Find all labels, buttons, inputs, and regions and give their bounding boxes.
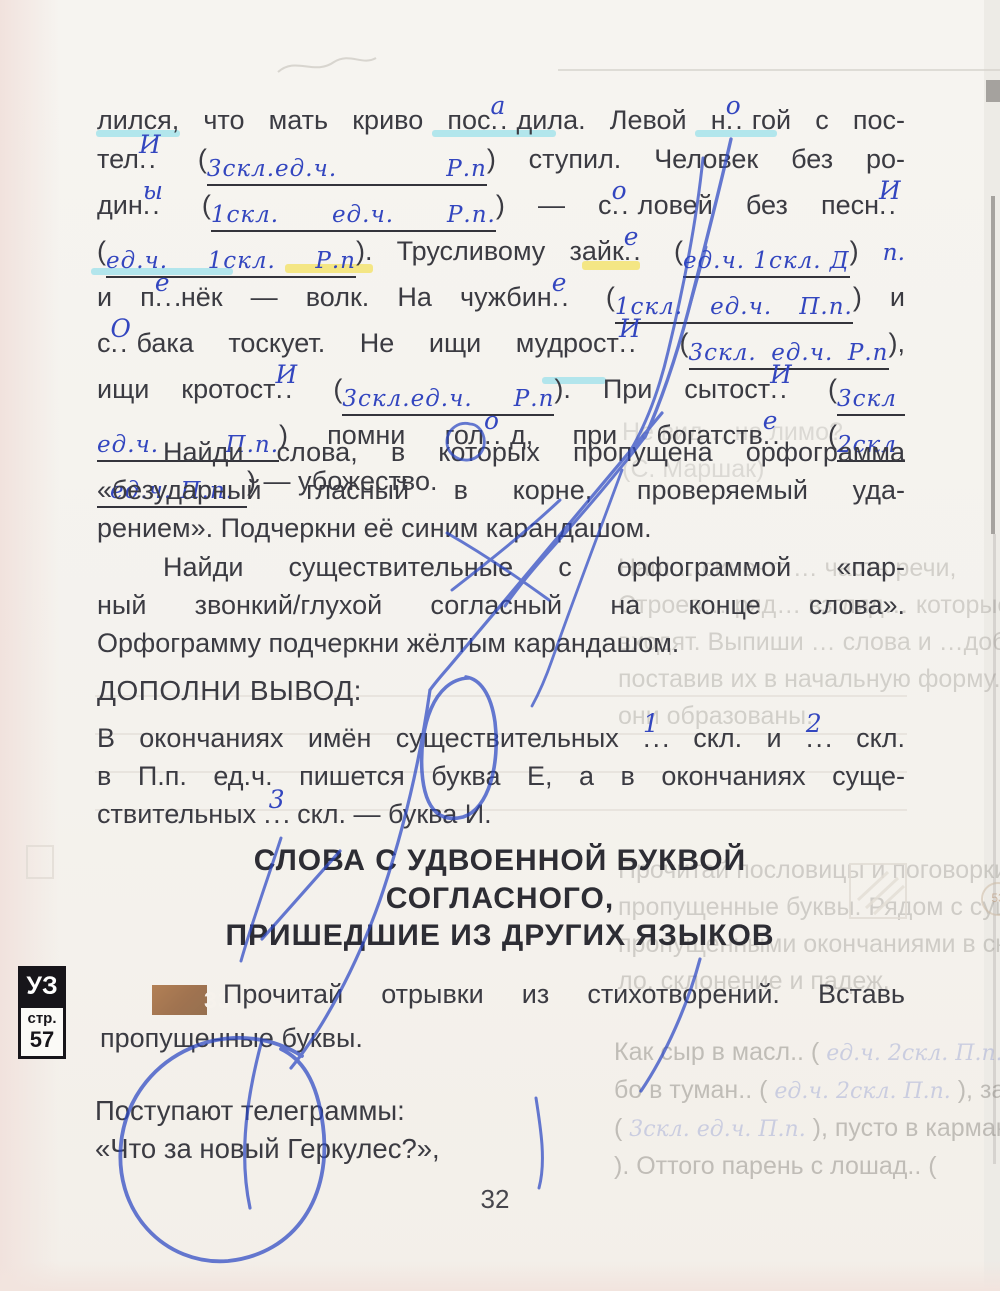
fill-in-blank: 3скл.ед.ч. Р.п bbox=[342, 380, 554, 416]
fill-in-blank: 3скл bbox=[837, 380, 905, 416]
text-line: Найди слова, в которых пропущена орфогра… bbox=[97, 433, 905, 471]
handwritten-letter-insert: ...3 bbox=[264, 795, 290, 833]
text-line: дин..ы (1скл. ед.ч. Р.п.) — с..оловей бе… bbox=[97, 186, 905, 232]
scan-edge-mark bbox=[986, 80, 1000, 102]
handwritten-letter-insert: ..е bbox=[552, 278, 578, 317]
fill-in-blank: 3скл.ед.ч. Р.п bbox=[207, 150, 487, 186]
sidebar-marker-pagenum: 57 bbox=[21, 1027, 63, 1053]
handwritten-letter-insert: ..е bbox=[624, 232, 650, 271]
fill-in-blank: ед.ч. 1скл. Д bbox=[683, 242, 850, 278]
page-edge-tint-bottom bbox=[0, 1257, 1000, 1291]
sidebar-marker-bottom: стр. 57 bbox=[18, 1008, 66, 1059]
text-line: Поступают телеграммы: bbox=[95, 1092, 795, 1130]
conclusion-section: ДОПОЛНИ ВЫВОД: В окончаниях имён существ… bbox=[97, 672, 905, 833]
text-line: Найди существительные с орфограммой «пар… bbox=[97, 548, 905, 586]
sidebar-marker-top: УЗ bbox=[18, 966, 66, 1008]
text-line: лился, что мать криво пос..адила. Левой … bbox=[97, 101, 905, 140]
text-line: СЛОВА С УДВОЕННОЙ БУКВОЙ bbox=[130, 842, 870, 880]
text-line: СОГЛАСНОГО, bbox=[130, 880, 870, 918]
page-number: 32 bbox=[455, 1184, 535, 1215]
handwritten-letter-insert: ..а bbox=[491, 101, 517, 140]
text-line: тел..И (3скл.ед.ч. Р.п) ступил. Человек … bbox=[97, 140, 905, 186]
text-line: рением». Подчеркни её синим карандашом. bbox=[97, 509, 905, 547]
handwritten-letter-insert: ...1 bbox=[643, 719, 669, 757]
fill-in-blank: ед.ч. 1скл. Р.п bbox=[106, 242, 356, 278]
section-heading: СЛОВА С УДВОЕННОЙ БУКВОЙСОГЛАСНОГО,ПРИШЕ… bbox=[130, 842, 870, 955]
fill-in-blank: 1скл. ед.ч. Р.п. bbox=[211, 196, 496, 232]
handwritten-letter-insert: ...2 bbox=[806, 719, 832, 757]
handwritten-letter-insert: ..И bbox=[619, 324, 645, 363]
fill-in-blank: 1скл. ед.ч. П.п. bbox=[615, 288, 853, 324]
text-line: 33Прочитай отрывки из стихотворений. Вст… bbox=[100, 972, 905, 1016]
handwritten-letter-insert: ..ы bbox=[143, 186, 169, 225]
conclusion-title: ДОПОЛНИ ВЫВОД: bbox=[97, 672, 905, 710]
text-line: ствительных ...3 скл. — буква И. bbox=[97, 795, 905, 833]
text-line: и п...енёк — волк. На чужбин..е (1скл. е… bbox=[97, 278, 905, 324]
text-line: в П.п. ед.ч. пишется буква Е, а в оконча… bbox=[97, 757, 905, 795]
handwritten-letter-insert: ..О bbox=[111, 324, 137, 363]
instructions-text: Найди слова, в которых пропущена орфогра… bbox=[97, 433, 905, 662]
handwritten-letter-insert: ..о bbox=[726, 101, 752, 140]
text-line: «безударный гласный в корне, проверяемый… bbox=[97, 471, 905, 509]
text-line: пропущенные буквы. bbox=[100, 1016, 905, 1060]
text-line: ПРИШЕДШИЕ ИЗ ДРУГИХ ЯЗЫКОВ bbox=[130, 917, 870, 955]
task-33: 33Прочитай отрывки из стихотворений. Вст… bbox=[100, 972, 905, 1060]
conclusion-text: В окончаниях имён существительных ...1 с… bbox=[97, 719, 905, 833]
text-line: Орфограмму подчеркни жёлтым карандашом. bbox=[97, 624, 905, 662]
handwritten-letter-insert: ..И bbox=[276, 370, 302, 409]
poem-lines: Поступают телеграммы:«Что за новый Герку… bbox=[95, 1092, 795, 1168]
text-line: В окончаниях имён существительных ...1 с… bbox=[97, 719, 905, 757]
text-line: (ед.ч. 1скл. Р.п). Трусливому зайк..е (е… bbox=[97, 232, 905, 278]
workbook-page-scan: { "page": { "number": "32" }, "sidebar":… bbox=[0, 0, 1000, 1291]
sidebar-marker-str: стр. bbox=[21, 1010, 63, 1027]
handwritten-letter-insert: ..И bbox=[879, 186, 905, 225]
task-number-badge: 33 bbox=[152, 985, 207, 1015]
text-line: ный звонкий/глухой согласный на конце сл… bbox=[97, 586, 905, 624]
text-line: «Что за новый Геркулес?», bbox=[95, 1130, 795, 1168]
page-edge-tint-left bbox=[0, 0, 70, 1291]
sidebar-page-marker: УЗ стр. 57 bbox=[18, 966, 66, 1059]
handwritten-letter-insert: ...е bbox=[155, 278, 181, 317]
